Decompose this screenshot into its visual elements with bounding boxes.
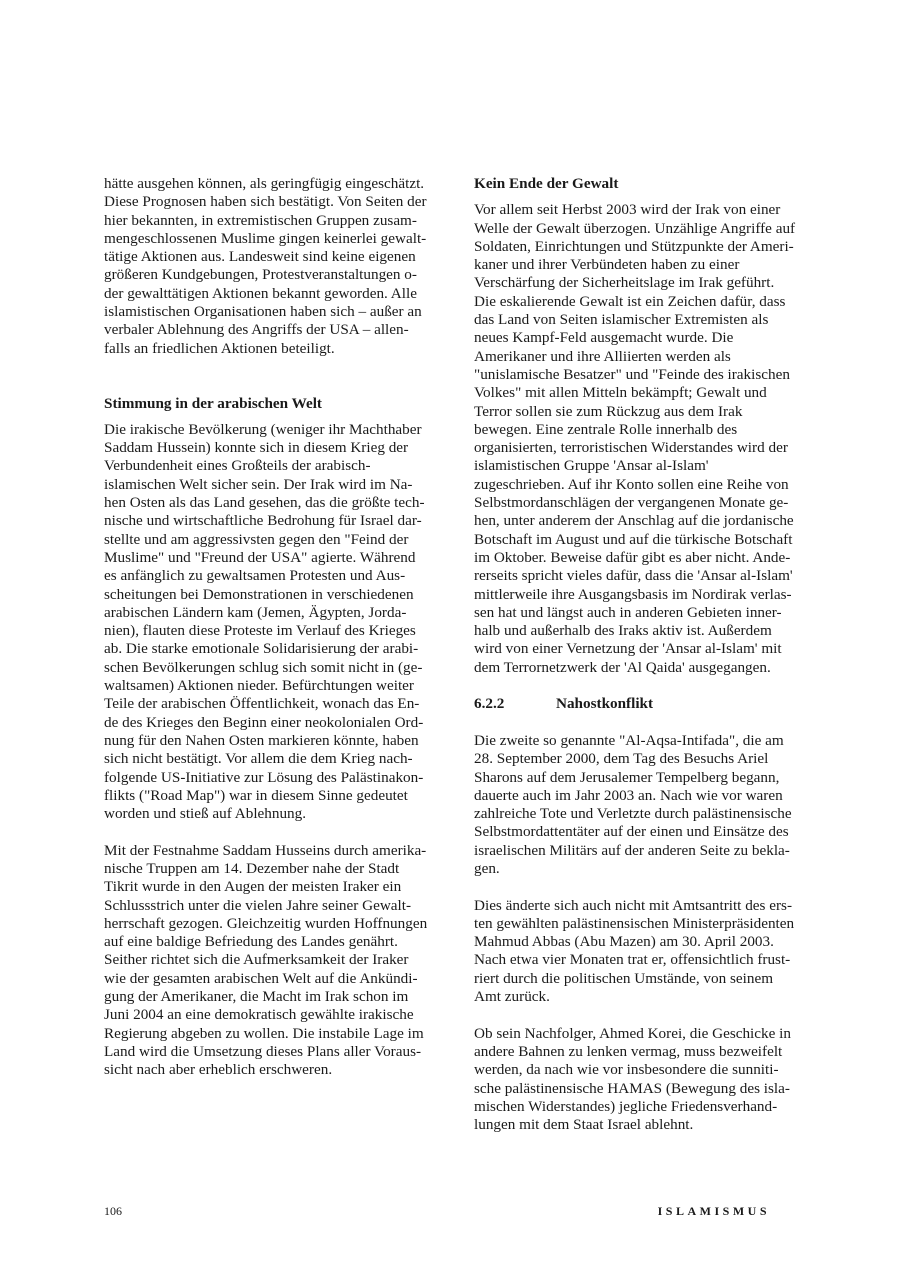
text-line: Die irakische Bevölkerung (weniger ihr M… (104, 421, 444, 439)
text-line: arabischen Ländern kam (Jemen, Ägypten, … (104, 604, 444, 622)
paragraph: Vor allem seit Herbst 2003 wird der Irak… (474, 201, 814, 677)
paragraph: Dies änderte sich auch nicht mit Amtsant… (474, 897, 814, 1007)
text-line: der gewalttätigen Aktionen bekannt gewor… (104, 285, 444, 303)
text-line: scheitungen bei Demonstrationen in versc… (104, 586, 444, 604)
text-line: stellte und am aggressivsten gegen den "… (104, 531, 444, 549)
paragraph-gap (474, 1006, 814, 1024)
text-line: islamischen Welt sicher sein. Der Irak w… (104, 476, 444, 494)
text-line: nung für den Nahen Osten markieren könnt… (104, 732, 444, 750)
text-line: Mahmud Abbas (Abu Mazen) am 30. April 20… (474, 933, 814, 951)
text-line: ab. Die starke emotionale Solidarisierun… (104, 640, 444, 658)
text-line: ten gewählten palästinensischen Minister… (474, 915, 814, 933)
text-line: Vor allem seit Herbst 2003 wird der Irak… (474, 201, 814, 219)
subsection-heading: 6.2.2Nahostkonflikt (474, 695, 814, 713)
text-line: falls an friedlichen Aktionen beteiligt. (104, 340, 444, 358)
paragraph-gap (474, 878, 814, 896)
text-line: im Oktober. Beweise dafür gibt es aber n… (474, 549, 814, 567)
text-line: werden, da nach wie vor insbesondere die… (474, 1061, 814, 1079)
text-line: de des Krieges den Beginn einer neokolon… (104, 714, 444, 732)
text-line: gen. (474, 860, 814, 878)
text-line: wird von einer Vernetzung der 'Ansar al-… (474, 640, 814, 658)
page-number: 106 (104, 1204, 122, 1218)
text-line: schen Bevölkerungen schlug sich somit ni… (104, 659, 444, 677)
text-line: folgende US-Initiative zur Lösung des Pa… (104, 769, 444, 787)
paragraph: Mit der Festnahme Saddam Husseins durch … (104, 842, 444, 1080)
paragraph-gap (104, 376, 444, 394)
text-line: Verschärfung der Sicherheitslage im Irak… (474, 274, 814, 292)
text-line: kaner und ihrer Verbündeten haben zu ein… (474, 256, 814, 274)
text-line: Volkes" mit allen Mitteln bekämpft; Gewa… (474, 384, 814, 402)
text-line: Die zweite so genannte "Al-Aqsa-Intifada… (474, 732, 814, 750)
text-line: hätte ausgehen können, als geringfügig e… (104, 175, 444, 193)
text-line: Amerikaner und ihre Alliierten werden al… (474, 348, 814, 366)
text-line: hier bekannten, in extremistischen Grupp… (104, 212, 444, 230)
text-line: gung der Amerikaner, die Macht im Irak s… (104, 988, 444, 1006)
text-line: Saddam Hussein) konnte sich in diesem Kr… (104, 439, 444, 457)
text-line: verbaler Ablehnung des Angriffs der USA … (104, 321, 444, 339)
text-line: Selbstmordattentäter auf der einen und E… (474, 823, 814, 841)
text-line: hen Osten als das Land gesehen, das die … (104, 494, 444, 512)
text-line: mischen Widerstandes) jegliche Friedensv… (474, 1098, 814, 1116)
text-line: dauerte auch im Jahr 2003 an. Nach wie v… (474, 787, 814, 805)
text-line: Dies änderte sich auch nicht mit Amtsant… (474, 897, 814, 915)
text-line: Nach etwa vier Monaten trat er, offensic… (474, 951, 814, 969)
text-line: worden und stieß auf Ablehnung. (104, 805, 444, 823)
section-number: 6.2.2 (474, 695, 556, 713)
paragraph: Die irakische Bevölkerung (weniger ihr M… (104, 421, 444, 824)
text-line: nische Truppen am 14. Dezember nahe der … (104, 860, 444, 878)
text-line: Selbstmordanschlägen der vergangenen Mon… (474, 494, 814, 512)
paragraph-gap (104, 823, 444, 841)
text-line: Diese Prognosen haben sich bestätigt. Vo… (104, 193, 444, 211)
text-line: Ob sein Nachfolger, Ahmed Korei, die Ges… (474, 1025, 814, 1043)
section-title: Nahostkonflikt (556, 695, 653, 712)
left-column: hätte ausgehen können, als geringfügig e… (104, 175, 444, 1080)
text-line: islamistischen Organisationen haben sich… (104, 303, 444, 321)
paragraph: Die zweite so genannte "Al-Aqsa-Intifada… (474, 732, 814, 878)
text-line: mittlerweile ihre Ausgangsbasis im Nordi… (474, 586, 814, 604)
text-line: sen hat und längst auch in anderen Gebie… (474, 604, 814, 622)
text-line: bewegen. Eine zentrale Rolle innerhalb d… (474, 421, 814, 439)
text-line: sicht nach aber erheblich erschweren. (104, 1061, 444, 1079)
text-line: Sharons auf dem Jerusalemer Tempelberg b… (474, 769, 814, 787)
text-line: Juni 2004 an eine demokratisch gewählte … (104, 1006, 444, 1024)
text-line: riert durch die politischen Umstände, vo… (474, 970, 814, 988)
text-line: es anfänglich zu gewaltsamen Protesten u… (104, 567, 444, 585)
text-line: sche palästinensische HAMAS (Bewegung de… (474, 1080, 814, 1098)
text-line: Die eskalierende Gewalt ist ein Zeichen … (474, 293, 814, 311)
text-line: Botschaft im August und auf die türkisch… (474, 531, 814, 549)
text-line: rerseits spricht vieles dafür, dass die … (474, 567, 814, 585)
text-line: herrschaft gezogen. Gleichzeitig wurden … (104, 915, 444, 933)
text-line: Tikrit wurde in den Augen der meisten Ir… (104, 878, 444, 896)
text-line: Mit der Festnahme Saddam Husseins durch … (104, 842, 444, 860)
text-line: Regierung abgeben zu wollen. Die instabi… (104, 1025, 444, 1043)
section-heading: Kein Ende der Gewalt (474, 175, 814, 193)
text-line: Seither richtet sich die Aufmerksamkeit … (104, 951, 444, 969)
text-line: Teile der arabischen Öffentlichkeit, won… (104, 695, 444, 713)
text-line: Verbundenheit eines Großteils der arabis… (104, 457, 444, 475)
text-line: flikts ("Road Map") war in diesem Sinne … (104, 787, 444, 805)
text-line: sich nicht bestätigt. Vor allem die dem … (104, 750, 444, 768)
heading-gap (104, 413, 444, 421)
text-line: Soldaten, Einrichtungen und Stützpunkte … (474, 238, 814, 256)
text-line: islamistischen Gruppe 'Ansar al-Islam' (474, 457, 814, 475)
text-line: nien), flauten diese Proteste im Verlauf… (104, 622, 444, 640)
paragraph-gap (474, 714, 814, 732)
text-line: Amt zurück. (474, 988, 814, 1006)
paragraph-gap (104, 358, 444, 376)
text-line: wie der gesamten arabischen Welt auf die… (104, 970, 444, 988)
text-line: halb und außerhalb des Iraks aktiv ist. … (474, 622, 814, 640)
text-line: "unislamische Besatzer" und "Feinde des … (474, 366, 814, 384)
text-line: israelischen Militärs auf der anderen Se… (474, 842, 814, 860)
text-line: zugeschrieben. Auf ihr Konto sollen eine… (474, 476, 814, 494)
text-line: lungen mit dem Staat Israel ablehnt. (474, 1116, 814, 1134)
paragraph-gap (474, 677, 814, 695)
right-column: Kein Ende der Gewalt Vor allem seit Herb… (474, 175, 814, 1134)
paragraph: Ob sein Nachfolger, Ahmed Korei, die Ges… (474, 1025, 814, 1135)
text-line: größeren Kundgebungen, Protestveranstalt… (104, 266, 444, 284)
text-line: neues Kampf-Feld ausgemacht wurde. Die (474, 329, 814, 347)
text-line: Land wird die Umsetzung dieses Plans all… (104, 1043, 444, 1061)
text-line: mengeschlossenen Muslime gingen keinerle… (104, 230, 444, 248)
text-line: organisierten, terroristischen Widerstan… (474, 439, 814, 457)
text-line: dem Terrornetzwerk der 'Al Qaida' ausgeg… (474, 659, 814, 677)
text-line: nische und wirtschaftliche Bedrohung für… (104, 512, 444, 530)
text-line: Schlussstrich unter die vielen Jahre sei… (104, 897, 444, 915)
text-line: 28. September 2000, dem Tag des Besuchs … (474, 750, 814, 768)
text-line: Terror sollen sie zum Rückzug aus dem Ir… (474, 403, 814, 421)
section-heading: Stimmung in der arabischen Welt (104, 395, 444, 413)
running-title: ISLAMISMUS (658, 1204, 770, 1218)
paragraph: hätte ausgehen können, als geringfügig e… (104, 175, 444, 358)
text-line: Welle der Gewalt überzogen. Unzählige An… (474, 220, 814, 238)
text-line: zahlreiche Tote und Verletzte durch palä… (474, 805, 814, 823)
heading-gap (474, 193, 814, 201)
text-line: andere Bahnen zu lenken vermag, muss bez… (474, 1043, 814, 1061)
text-line: hen, unter anderem der Anschlag auf die … (474, 512, 814, 530)
text-line: tätige Aktionen aus. Landesweit sind kei… (104, 248, 444, 266)
text-line: waltsamen) Aktionen nieder. Befürchtunge… (104, 677, 444, 695)
text-line: das Land von Seiten islamischer Extremis… (474, 311, 814, 329)
text-line: auf eine baldige Befriedung des Landes g… (104, 933, 444, 951)
text-line: Muslime" und "Freund der USA" agierte. W… (104, 549, 444, 567)
